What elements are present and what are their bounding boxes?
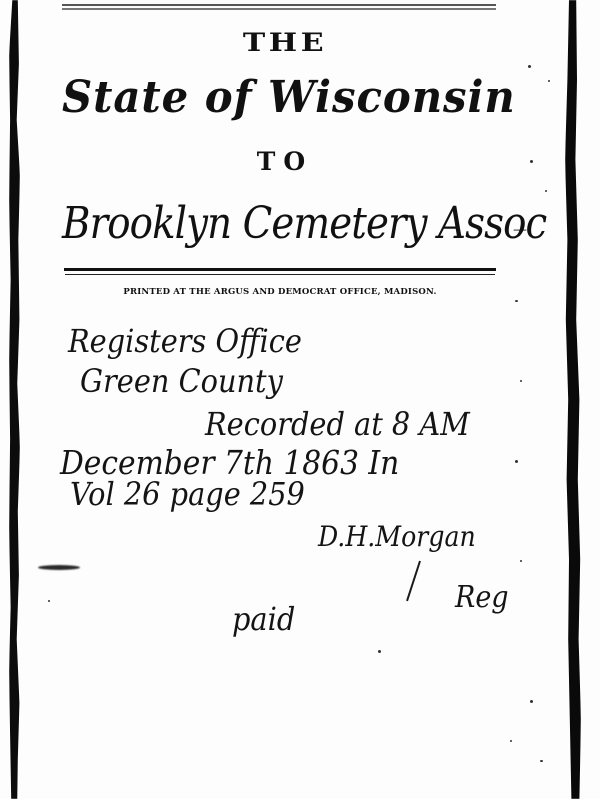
signature-stroke — [406, 561, 421, 602]
county-line: Green County — [80, 362, 283, 400]
scan-speckle — [528, 65, 531, 68]
paid-note: paid — [232, 600, 295, 638]
ink-smudge — [38, 565, 80, 570]
heading-state-of-wisconsin: State of Wisconsin — [62, 72, 480, 123]
scan-speckle — [545, 190, 547, 192]
heading-to: TO — [0, 147, 570, 176]
scan-edge-right — [565, 0, 581, 799]
double-rule — [64, 268, 496, 271]
top-rule — [62, 4, 496, 6]
scan-speckle — [530, 700, 533, 703]
scan-speckle — [540, 760, 543, 762]
printer-imprint: PRINTED AT THE ARGUS AND DEMOCRAT OFFICE… — [64, 287, 496, 297]
heading-the: THE — [0, 28, 600, 57]
registers-office-line: Registers Office — [68, 322, 302, 360]
scan-speckle — [548, 80, 550, 82]
scan-speckle — [520, 380, 522, 382]
register-title: Reg — [455, 580, 509, 615]
scan-speckle — [520, 560, 522, 562]
scan-speckle — [515, 300, 518, 302]
recorded-time-line: Recorded at 8 AM — [205, 405, 470, 443]
document-page: THE State of Wisconsin TO Brooklyn Cemet… — [0, 0, 600, 799]
register-signature: D.H.Morgan — [318, 520, 476, 553]
scan-speckle — [530, 160, 533, 163]
scan-speckle — [510, 740, 512, 742]
grantee-flourish: —: — [513, 222, 532, 238]
scan-speckle — [378, 650, 381, 653]
grantee-name: Brooklyn Cemetery Assoc — [62, 198, 546, 249]
scan-speckle — [515, 460, 518, 463]
scan-speckle — [48, 600, 50, 602]
scan-edge-left — [9, 0, 20, 799]
volume-page-line: Vol 26 page 259 — [70, 475, 305, 513]
